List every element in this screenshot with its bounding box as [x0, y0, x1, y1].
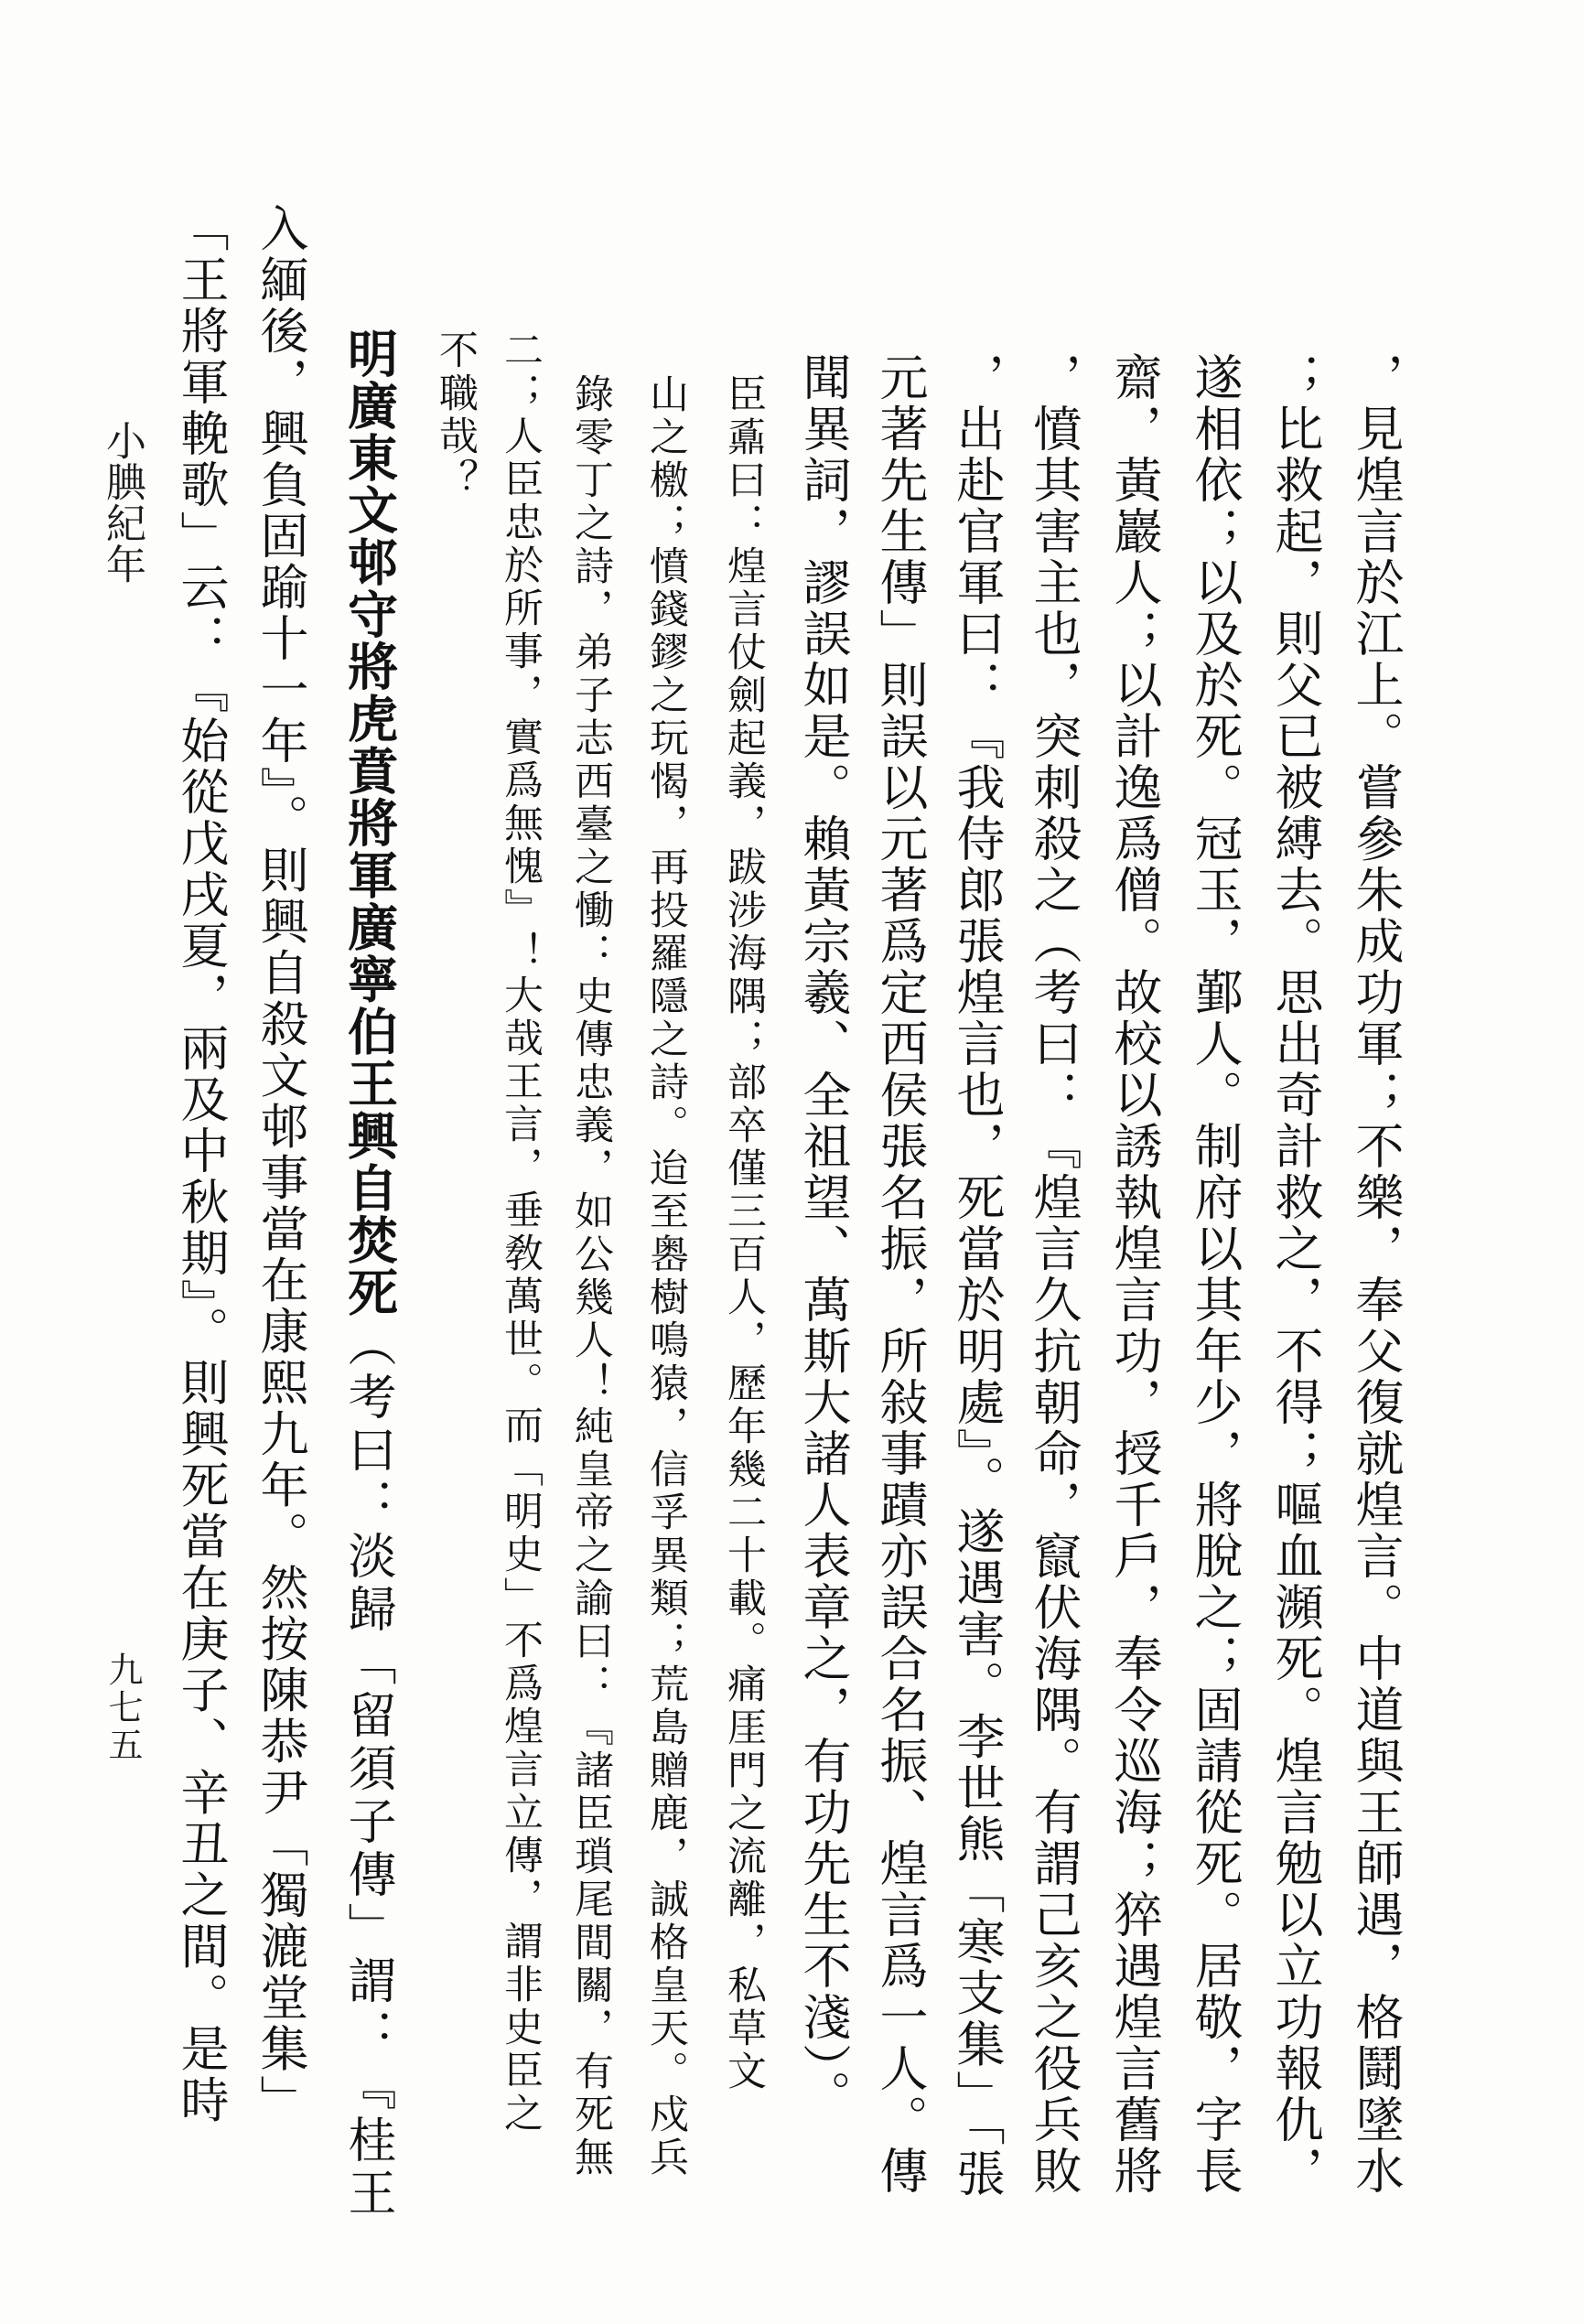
- text-column-4: 齋，黃巖人；以計逸爲僧。故校以誘執煌言功，授千戶，奉令巡海；猝遇煌言舊將: [1109, 352, 1158, 2197]
- text-column-5: ，憤其害主也，突刺殺之（考曰：『煌言久抗朝命，竄伏海隅。有謂己亥之役兵敗: [1028, 352, 1077, 2197]
- text-column-7: 元著先生傳」則誤以元著爲定西侯張名振，所敍事蹟亦誤合名振、煌言爲一人。傳: [875, 352, 923, 2197]
- text-column-2: ；比救起，則父已被縛去。思出奇計救之，不得；嘔血瀕死。煌言勉以立功報仇，: [1270, 352, 1319, 2197]
- commentary-column-3: 錄零丁之詩，弟子志西臺之慟：史傳忠義，如公幾人！純皇帝之諭曰：『諸臣瑣尾間關，有…: [571, 373, 610, 2179]
- text-column-8: 聞異詞，謬誤如是。賴黃宗羲、全祖望、萬斯大諸人表章之，有功先生不淺）。: [798, 352, 846, 2122]
- note-column-1: 入緬後，興負固踰十一年』。則興自殺文邨事當在康熙九年。然按陳恭尹「獨漉堂集」: [255, 203, 304, 2126]
- page-number: 九七五: [104, 1652, 139, 1764]
- commentary-column-1: 臣鼒曰：煌言仗劍起義，跋涉海隅；部卒僅三百人，歷年幾二十載。痛厓門之流離，私草文: [724, 373, 763, 2093]
- text-column-1: ，見煌言於江上。嘗參朱成功軍；不樂，奉父復就煌言。中道與王師遇，格鬪墜水: [1351, 352, 1399, 2197]
- commentary-column-4: 二；人臣忠於所事，實爲無愧』！大哉王言，垂敎萬世。而「明史」不爲煌言立傳，謂非史…: [501, 329, 540, 2136]
- book-page: 小腆紀年 九七五 ，見煌言於江上。嘗參朱成功軍；不樂，奉父復就煌言。中道與王師遇…: [0, 0, 1583, 2324]
- text-column-3: 遂相依；以及於死。冠玉，鄞人。制府以其年少，將脫之；固請從死。居敬，字長: [1190, 352, 1238, 2197]
- text-column-6: ，出赴官軍曰：『我侍郎張煌言也，死當於明處』。遂遇害。李世熊「寒支集」「張: [952, 352, 1000, 2200]
- entry-column: 明廣東文邨守將虎賁將軍廣寧伯王興自焚死（考曰：淡歸「留須子傳」謂：『桂王: [340, 328, 395, 2221]
- entry-heading: 明廣東文邨守將虎賁將軍廣寧伯王興自焚死: [340, 328, 396, 1318]
- entry-heading-note: （考曰：淡歸「留須子傳」謂：『桂王: [341, 1318, 394, 2221]
- commentary-column-5: 不職哉？: [436, 329, 475, 501]
- note-column-2: 「王將軍輓歌」云：『始從戊戌夏，兩及中秋期』。則興死當在庚子、辛丑之間。是時: [176, 203, 224, 2126]
- book-title: 小腆紀年: [102, 420, 142, 585]
- commentary-column-2: 山之檄；憤錢鏐之玩愒，再投羅隱之詩。迨至嶴樹鳴猿，信孚異類；荒島贈鹿，誠格皇天。…: [646, 373, 685, 2179]
